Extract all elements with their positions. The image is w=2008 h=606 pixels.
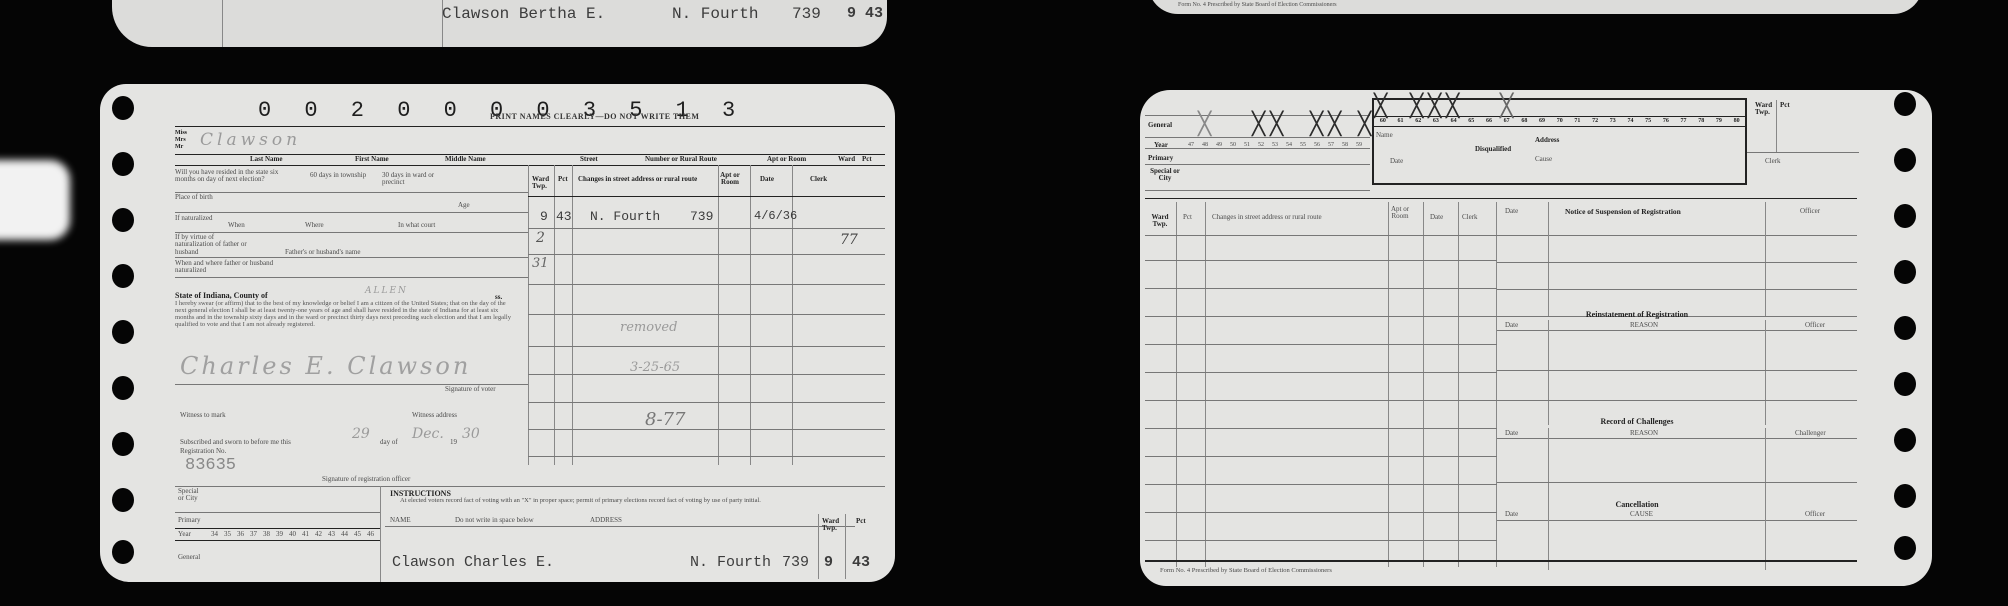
rule bbox=[528, 429, 885, 430]
year-cell: 41 bbox=[299, 531, 312, 538]
rule bbox=[1145, 190, 1370, 191]
county-value: ALLEN bbox=[365, 286, 408, 296]
rule bbox=[1145, 512, 1497, 513]
punch-hole bbox=[1894, 484, 1916, 508]
rule bbox=[1145, 372, 1497, 373]
row-date: 4/6/36 bbox=[754, 209, 797, 223]
rule bbox=[175, 540, 380, 541]
year-cell: 53 bbox=[1268, 142, 1282, 148]
label-primary: Primary bbox=[178, 517, 201, 524]
punch-hole bbox=[112, 208, 134, 232]
label-year-prefix: 19 bbox=[450, 439, 457, 446]
column-divider bbox=[380, 486, 381, 582]
punch-hole bbox=[112, 432, 134, 456]
typed-number: 739 bbox=[792, 5, 821, 23]
col-ward: Ward Twp. bbox=[1150, 214, 1170, 229]
year-cell: 56 bbox=[1310, 142, 1324, 148]
punch-hole bbox=[112, 376, 134, 400]
rule bbox=[528, 374, 885, 375]
rule bbox=[1497, 262, 1857, 263]
years-left-row: 47 48 49 50 51 52 53 54 55 56 57 58 59 bbox=[1184, 142, 1366, 148]
year-cell: 65 bbox=[1462, 118, 1480, 124]
vote-mark: ╳ bbox=[1428, 96, 1441, 118]
label-special-city: Special or City bbox=[178, 488, 202, 503]
punch-hole bbox=[112, 320, 134, 344]
label-by-virtue: If by virtue of naturalization of father… bbox=[175, 234, 250, 256]
label-pct: Pct bbox=[862, 156, 872, 163]
label-place-of-birth: Place of birth bbox=[175, 194, 215, 201]
label-general: General bbox=[1148, 122, 1172, 129]
rule bbox=[528, 314, 885, 315]
label-disqualified: Disqualified bbox=[1475, 146, 1511, 153]
note-number: 8-77 bbox=[645, 409, 685, 430]
rule bbox=[528, 228, 885, 229]
label-subscribed: Subscribed and sworn to before me this bbox=[180, 439, 291, 446]
rule bbox=[1372, 126, 1747, 127]
column-divider bbox=[1776, 100, 1777, 152]
rule bbox=[1145, 560, 1857, 562]
cancellation-cause-label: CAUSE bbox=[1630, 511, 1653, 518]
year-cell: 48 bbox=[1198, 142, 1212, 148]
header-instruction: PRINT NAMES CLEARLY—DO NOT WRITE THEM bbox=[490, 112, 699, 121]
label-box-name: Name bbox=[1376, 132, 1393, 139]
rule bbox=[1497, 482, 1857, 483]
year-cell: 36 bbox=[234, 531, 247, 538]
row-ward: 9 bbox=[540, 209, 548, 224]
suspension-title: Notice of Suspension of Registration bbox=[1565, 208, 1681, 216]
punch-hole bbox=[1894, 92, 1916, 116]
grid-line bbox=[222, 0, 223, 47]
registration-card-back: General Year Primary Special or City 47 … bbox=[1140, 90, 1932, 586]
rule bbox=[175, 486, 885, 487]
challenges-date-label: Date bbox=[1505, 430, 1518, 437]
rule bbox=[175, 528, 380, 529]
punch-hole bbox=[1894, 536, 1916, 560]
punch-hole bbox=[1894, 372, 1916, 396]
label-pct-bottom: Pct bbox=[856, 518, 866, 525]
rule bbox=[1145, 316, 1497, 317]
year-cell: 79 bbox=[1710, 118, 1728, 124]
sworn-year: 30 bbox=[462, 426, 480, 442]
vote-mark: ╳ bbox=[1410, 96, 1423, 118]
reinstatement-date-label: Date bbox=[1505, 322, 1518, 329]
label-first-name: First Name bbox=[355, 156, 389, 163]
year-row: 34 35 36 37 38 39 40 41 42 43 44 45 46 bbox=[208, 531, 377, 538]
rule bbox=[1497, 370, 1857, 371]
rule bbox=[175, 212, 528, 213]
year-cell: 61 bbox=[1392, 118, 1410, 124]
residence-ward: 30 days in ward or precinct bbox=[382, 172, 452, 187]
challenges-reason-label: REASON bbox=[1630, 430, 1658, 437]
label-box-date: Date bbox=[1390, 158, 1403, 165]
label-ward: Ward bbox=[838, 156, 855, 163]
vote-mark: ╳ bbox=[1500, 96, 1513, 118]
cancellation-title: Cancellation bbox=[1497, 500, 1777, 509]
instructions-text: At elected voters record fact of voting … bbox=[400, 498, 820, 505]
year-cell: 72 bbox=[1586, 118, 1604, 124]
vote-mark: ╳ bbox=[1374, 96, 1387, 118]
punch-hole bbox=[112, 96, 134, 120]
sworn-month: Dec. bbox=[412, 426, 444, 442]
challenges-challenger-label: Challenger bbox=[1795, 430, 1826, 437]
label-court: In what court bbox=[398, 222, 435, 229]
rule bbox=[1145, 260, 1497, 261]
year-cell: 52 bbox=[1254, 142, 1268, 148]
year-cell: 78 bbox=[1692, 118, 1710, 124]
registration-card-front: 0 0 2 0 0 0 0 3 5 1 3 PRINT NAMES CLEARL… bbox=[100, 84, 895, 582]
punch-hole bbox=[112, 264, 134, 288]
punch-hole bbox=[112, 488, 134, 512]
label-year: Year bbox=[178, 531, 191, 538]
row2-ward: 2 bbox=[536, 230, 545, 246]
typed-ward: 9 bbox=[824, 554, 833, 571]
label-number: Number or Rural Route bbox=[645, 156, 717, 163]
label-ward-twp: Ward Twp. bbox=[1755, 102, 1775, 117]
column-divider bbox=[1765, 320, 1766, 425]
previous-card-back: Form No. 4 Prescribed by State Board of … bbox=[1148, 0, 1923, 14]
label-apt: Apt or Room bbox=[767, 156, 806, 163]
column-divider bbox=[1548, 320, 1549, 425]
year-cell: 66 bbox=[1480, 118, 1498, 124]
label-officer-signature: Signature of registration officer bbox=[322, 476, 410, 483]
vote-mark: ╳ bbox=[1198, 114, 1211, 136]
label-middle-name: Middle Name bbox=[445, 156, 486, 163]
year-cell: 46 bbox=[364, 531, 377, 538]
year-cell: 55 bbox=[1296, 142, 1310, 148]
rule bbox=[1145, 540, 1497, 541]
year-cell: 45 bbox=[351, 531, 364, 538]
col-apt: Apt or Room bbox=[720, 172, 740, 187]
sworn-day: 29 bbox=[352, 426, 370, 442]
col-changes: Changes in street address or rural route bbox=[1212, 214, 1322, 221]
year-cell: 80 bbox=[1728, 118, 1746, 124]
year-cell: 70 bbox=[1551, 118, 1569, 124]
typed-name: Clawson Charles E. bbox=[392, 554, 554, 571]
title-miss: Miss bbox=[175, 130, 187, 136]
punch-hole bbox=[112, 540, 134, 564]
year-cell: 37 bbox=[247, 531, 260, 538]
rule bbox=[175, 165, 885, 166]
label-cause: Cause bbox=[1535, 156, 1552, 163]
rule bbox=[528, 346, 885, 347]
label-street: Street bbox=[580, 156, 598, 163]
reinstatement-officer-label: Officer bbox=[1805, 322, 1825, 329]
rule bbox=[1497, 400, 1857, 401]
rule bbox=[1747, 152, 1859, 153]
column-divider bbox=[750, 165, 751, 465]
rule bbox=[1145, 288, 1497, 289]
year-cell: 59 bbox=[1352, 142, 1366, 148]
rule bbox=[175, 512, 380, 513]
label-ward-twp: Ward Twp. bbox=[822, 518, 842, 533]
rule bbox=[385, 526, 855, 527]
punch-hole bbox=[1894, 260, 1916, 284]
rule bbox=[1145, 428, 1497, 429]
rule bbox=[528, 254, 885, 255]
form-footer: Form No. 4 Prescribed by State Board of … bbox=[1160, 568, 1332, 575]
vote-mark: ╳ bbox=[1252, 114, 1265, 136]
col-changes: Changes in street address or rural route bbox=[578, 176, 697, 183]
row3-ward: 31 bbox=[532, 256, 549, 271]
rule bbox=[175, 192, 528, 193]
col-pct: Pct bbox=[558, 176, 568, 183]
typed-name: Clawson Bertha E. bbox=[442, 5, 605, 23]
rule bbox=[175, 126, 885, 127]
residence-state-question: Will you have resided in the state six m… bbox=[175, 169, 285, 184]
col-clerk: Clerk bbox=[1462, 214, 1478, 221]
punch-hole bbox=[1894, 428, 1916, 452]
label-day-of: day of bbox=[380, 439, 398, 446]
vote-mark: ╳ bbox=[1270, 114, 1283, 136]
col-apt: Apt or Room bbox=[1390, 206, 1410, 221]
cancellation-date-label: Date bbox=[1505, 511, 1518, 518]
typed-street: N. Fourth bbox=[690, 554, 771, 571]
label-pct: Pct bbox=[1780, 102, 1790, 109]
year-cell: 76 bbox=[1657, 118, 1675, 124]
rule bbox=[1145, 456, 1497, 457]
label-father-name: Father's or husband's name bbox=[285, 249, 360, 256]
label-primary: Primary bbox=[1148, 155, 1173, 162]
form-footer: Form No. 4 Prescribed by State Board of … bbox=[1178, 2, 1337, 8]
title-mr: Mr bbox=[175, 144, 183, 150]
rule bbox=[1497, 289, 1857, 290]
year-cell: 73 bbox=[1604, 118, 1622, 124]
year-cell: 47 bbox=[1184, 142, 1198, 148]
label-name: NAME bbox=[390, 517, 411, 524]
suspension-officer-label: Officer bbox=[1800, 208, 1820, 215]
label-signature-voter: Signature of voter bbox=[445, 386, 496, 393]
year-cell: 71 bbox=[1569, 118, 1587, 124]
year-cell: 50 bbox=[1226, 142, 1240, 148]
rule bbox=[528, 196, 885, 197]
rule bbox=[175, 277, 528, 278]
year-cell: 39 bbox=[273, 531, 286, 538]
row-address: N. Fourth bbox=[590, 209, 660, 224]
rule bbox=[175, 232, 528, 233]
col-pct: Pct bbox=[1183, 214, 1192, 221]
rule bbox=[1145, 164, 1370, 165]
column-divider bbox=[528, 165, 529, 465]
typed-pct: 43 bbox=[852, 554, 870, 571]
col-clerk: Clerk bbox=[810, 176, 827, 183]
label-where: Where bbox=[305, 222, 324, 229]
label-naturalized: If naturalized bbox=[175, 215, 215, 222]
year-cell: 38 bbox=[260, 531, 273, 538]
rule bbox=[1145, 344, 1497, 345]
label-general: General bbox=[178, 554, 200, 561]
rule bbox=[1145, 198, 1857, 199]
cancellation-officer-label: Officer bbox=[1805, 511, 1825, 518]
voter-signature: Charles E. Clawson bbox=[180, 352, 471, 380]
year-cell: 34 bbox=[208, 531, 221, 538]
vote-mark: ╳ bbox=[1446, 96, 1459, 118]
label-when: When bbox=[228, 222, 245, 229]
year-cell: 68 bbox=[1516, 118, 1534, 124]
label-last-name: Last Name bbox=[250, 156, 282, 163]
label-witness: Witness to mark bbox=[180, 412, 226, 419]
typed-street: N. Fourth bbox=[672, 5, 758, 23]
year-cell: 40 bbox=[286, 531, 299, 538]
handwritten-name: Clawson bbox=[200, 130, 301, 150]
column-divider bbox=[818, 514, 819, 579]
year-cell: 74 bbox=[1622, 118, 1640, 124]
column-divider bbox=[1548, 202, 1549, 317]
label-father-naturalized: When and where father or husband natural… bbox=[175, 260, 275, 275]
label-address: ADDRESS bbox=[590, 517, 622, 524]
vote-mark: ╳ bbox=[1310, 114, 1323, 136]
column-divider bbox=[554, 165, 555, 465]
challenges-title: Record of Challenges bbox=[1497, 417, 1777, 426]
title-mrs: Mrs bbox=[175, 137, 186, 143]
year-cell: 51 bbox=[1240, 142, 1254, 148]
col-ward: Ward Twp. bbox=[532, 176, 552, 191]
label-witness-address: Witness address bbox=[412, 412, 457, 419]
year-cell: 43 bbox=[325, 531, 338, 538]
rule bbox=[1145, 400, 1497, 401]
rule bbox=[528, 456, 885, 457]
label-address: Address bbox=[1535, 137, 1559, 144]
label-do-not-write: Do not write in space below bbox=[455, 517, 534, 524]
year-cell: 49 bbox=[1212, 142, 1226, 148]
reinstatement-title: Reinstatement of Registration bbox=[1497, 310, 1777, 319]
label-clerk: Clerk bbox=[1765, 158, 1781, 165]
rule bbox=[528, 402, 885, 403]
label-age: Age bbox=[458, 202, 470, 209]
punch-hole bbox=[112, 152, 134, 176]
typed-ward-pct: 9 43 bbox=[847, 5, 883, 22]
rule bbox=[1145, 235, 1857, 236]
punch-hole bbox=[1894, 204, 1916, 228]
year-cell: 44 bbox=[338, 531, 351, 538]
suspension-date-label: Date bbox=[1505, 208, 1518, 215]
rule bbox=[175, 257, 528, 258]
oath-text: I hereby swear (or affirm) that to the b… bbox=[175, 301, 515, 329]
col-date: Date bbox=[1430, 214, 1443, 221]
year-cell: 75 bbox=[1639, 118, 1657, 124]
rule bbox=[1145, 484, 1497, 485]
column-divider bbox=[845, 514, 846, 579]
year-cell: 35 bbox=[221, 531, 234, 538]
residence-township: 60 days in township bbox=[310, 172, 370, 179]
column-divider bbox=[572, 165, 573, 465]
rule bbox=[1497, 438, 1857, 439]
scan-glare bbox=[0, 160, 70, 240]
rule bbox=[1497, 520, 1857, 521]
year-cell: 69 bbox=[1533, 118, 1551, 124]
label-special-city: Special or City bbox=[1150, 168, 1180, 183]
rule bbox=[1145, 137, 1370, 138]
rule bbox=[528, 284, 885, 285]
column-divider bbox=[1765, 202, 1766, 317]
punch-hole bbox=[1894, 316, 1916, 340]
vote-mark: ╳ bbox=[1358, 114, 1371, 136]
year-cell: 42 bbox=[312, 531, 325, 538]
typed-number: 739 bbox=[782, 554, 809, 571]
punch-hole bbox=[1894, 148, 1916, 172]
year-cell: 77 bbox=[1675, 118, 1693, 124]
col-date: Date bbox=[760, 176, 774, 183]
year-cell: 58 bbox=[1338, 142, 1352, 148]
reinstatement-reason-label: REASON bbox=[1630, 322, 1658, 329]
note-removed: removed bbox=[620, 320, 677, 335]
column-divider bbox=[718, 165, 719, 465]
row-pct: 43 bbox=[556, 209, 572, 224]
registration-number: 83635 bbox=[185, 456, 236, 475]
year-cell: 57 bbox=[1324, 142, 1338, 148]
row-number: 739 bbox=[690, 209, 713, 224]
vote-mark: ╳ bbox=[1328, 114, 1341, 136]
previous-card-front: Clawson Bertha E. N. Fourth 739 9 43 bbox=[112, 0, 887, 47]
label-registration-no: Registration No. bbox=[180, 448, 226, 455]
year-cell: 54 bbox=[1282, 142, 1296, 148]
rule bbox=[1497, 330, 1857, 331]
note-date: 3-25-65 bbox=[630, 360, 680, 375]
row2-clerk: 77 bbox=[840, 232, 858, 248]
